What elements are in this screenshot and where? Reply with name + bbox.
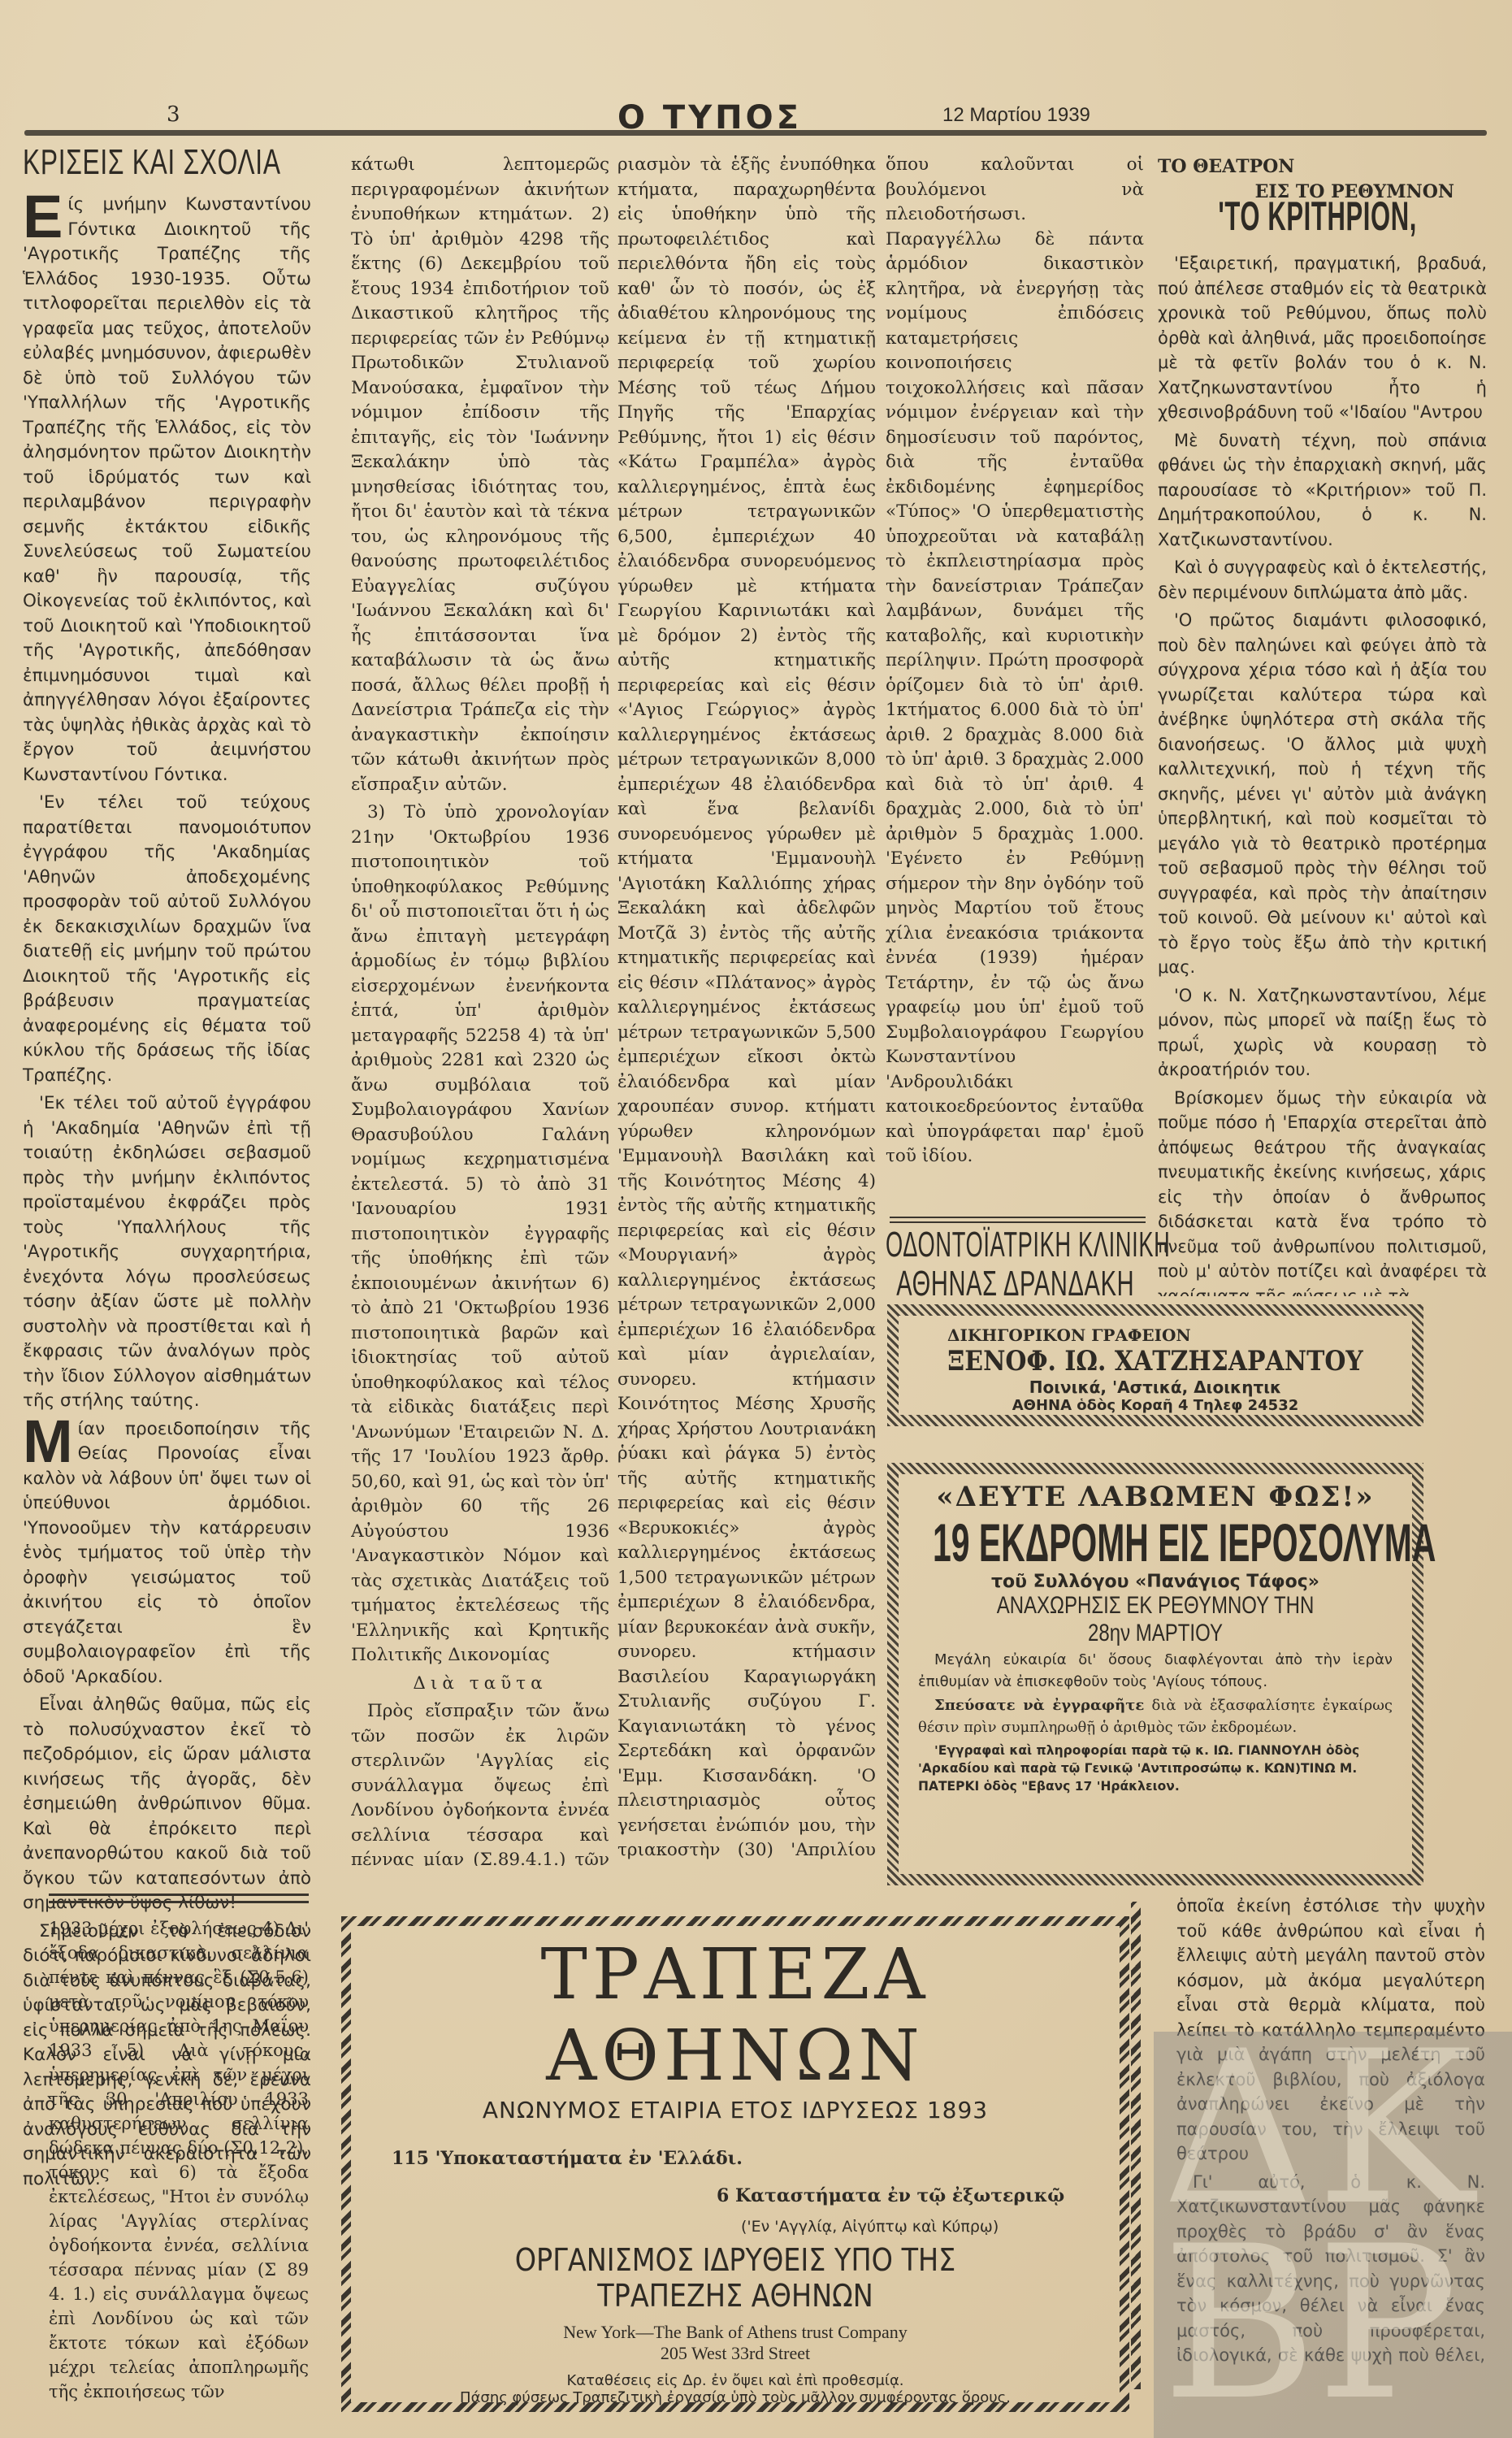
bank-services: Πάσης φύσεως Τραπεζιτικὴ ἐργασία ὑπὸ τοὺ…: [375, 2389, 1095, 2406]
bank-organization-line1: ΟΡΓΑΝΙΣΜΟΣ ΙΔΡΥΘΕΙΣ ΥΠΟ ΤΗΣ: [418, 2242, 1052, 2278]
excursion-date: 28ην ΜΑΡΤΙΟΥ: [965, 1620, 1345, 1647]
ad-bank-of-athens: ΤΡΑΠΕΖΑ ΑΘΗΝΩΝ ΑΝΩΝΥΜΟΣ ΕΤΑΙΡΙΑ ΕΤΟΣ ΙΔΡ…: [341, 1916, 1129, 2412]
dental-clinic-line2: ΑΘΗΝΑΣ ΔΡΑΝΔΑΚΗ: [886, 1265, 1060, 1304]
theatre-kicker-1: ΤΟ ΘΕΑΤΡΟΝ: [1158, 154, 1487, 180]
ad-law-office: ΔΙΚΗΓΟΡΙΚΟΝ ΓΡΑΦΕΙΟΝ ΞΕΝΟΦ. ΙΩ. ΧΑΤΖΗΣΑΡ…: [887, 1304, 1423, 1426]
column-auction-notice-part1: κάτωθι λεπτομερῶς περιγραφομένων ἀκινήτω…: [351, 153, 609, 1866]
issue-date: 12 Μαρτίου 1939: [942, 104, 1090, 127]
article-paragraph: 'Εκ τέλει τοῦ αὐτοῦ ἐγγράφου ἡ 'Ακαδημία…: [23, 1091, 311, 1414]
column-divider-rule: [49, 1894, 309, 1903]
dropcap-e: Ε: [23, 193, 63, 241]
archive-watermark: Δ Κ Β Ρ: [1154, 2032, 1512, 2438]
theatre-headline: 'ΤΟ ΚΡΙΤΗΡΙΟΝ,: [1158, 204, 1362, 251]
watermark-letter: Β: [1162, 2219, 1317, 2430]
article-paragraph: 'Ο κ. Ν. Χατζηκωνσταντίνου, λέμε μόνον, …: [1158, 983, 1487, 1082]
column-theatre-review: ΤΟ ΘΕΑΤΡΟΝ ΕΙΣ ΤΟ ΡΕΘΥΜΝΟΝ 'ΤΟ ΚΡΙΤΗΡΙΟΝ…: [1158, 154, 1487, 1296]
subheading-dia-tauta: Διὰ ταῦτα: [351, 1672, 609, 1697]
excursion-call-to-action: Σπεύσατε νὰ ἐγγραφῆτε: [934, 1697, 1144, 1714]
article-paragraph: ριασμὸν τὰ ἑξῆς ἐνυπόθηκα κτήματα, παραχ…: [617, 153, 876, 1866]
notary-signature: 'Ο Συμβολαιογράφος: [886, 1173, 1144, 1173]
section-heading-kriseis-kai-sxolia: ΚΡΙΣΕΙΣ ΚΑΙ ΣΧΟΛΙΑ: [23, 150, 231, 193]
dental-clinic-line1: ΟΔΟΝΤΟΪΑΤΡΙΚΗ ΚΛΙΝΙΚΗ: [886, 1226, 1050, 1265]
article-paragraph: Πρὸς εἴσπραξιν τῶν ἄνω τῶν ποσῶν ἐκ λιρῶ…: [351, 1699, 609, 1866]
excursion-contact: 'Εγγραφαὶ καὶ πληροφορίαι παρὰ τῷ κ. ΙΩ.…: [918, 1742, 1393, 1795]
law-office-label: ΔΙΚΗΓΟΡΙΚΟΝ ΓΡΑΦΕΙΟΝ: [899, 1325, 1412, 1345]
excursion-paragraph: Μεγάλη εὐκαιρία δι' ὅσους διαφλέγονται ἀ…: [918, 1649, 1393, 1693]
bank-subtitle: ΑΝΩΝΥΜΟΣ ΕΤΑΙΡΙΑ ΕΤΟΣ ΙΔΡΥΣΕΩΣ 1893: [375, 2097, 1095, 2123]
article-paragraph: ίς μνήμην Κωνσταντίνου Γόντικα Διοικητοῦ…: [23, 194, 311, 785]
article-paragraph: 'Εν τέλει τοῦ τεύχους παρατίθεται πανομο…: [23, 791, 311, 1088]
article-paragraph: Βρίσκομεν ὅμως τὴν εὐκαιρία νὰ ποῦμε πόσ…: [1158, 1086, 1487, 1297]
article-paragraph: Εἶναι ἀληθῶς θαῦμα, πῶς εἰς τὸ πολυσύχνα…: [23, 1693, 311, 1916]
page-number: 3: [167, 102, 180, 127]
watermark-letter: Ρ: [1316, 2219, 1458, 2430]
excursion-departure: ΑΝΑΧΩΡΗΣΙΣ ΕΚ ΡΕΘΥΜΝΟΥ ΤΗΝ: [939, 1592, 1371, 1620]
column-auction-notice-part2: ριασμὸν τὰ ἑξῆς ἐνυπόθηκα κτήματα, παραχ…: [617, 153, 876, 1866]
bank-ny-branch: New York—The Bank of Athens trust Compan…: [375, 2322, 1095, 2343]
lawyer-address: ΑΘΗΝΑ ὁδὸς Κοραῆ 4 Τηλεφ 24532: [899, 1397, 1412, 1414]
article-paragraph: 3) Τὸ ὑπὸ χρονολογίαν 21ην 'Οκτωβρίου 19…: [351, 800, 609, 1668]
lawyer-name: ΞΕΝΟΦ. ΙΩ. ΧΑΤΖΗΣΑΡΑΝΤΟΥ: [929, 1345, 1381, 1377]
article-paragraph: Μὲ δυνατὴ τέχνη, ποὺ σπάνια φθάνει ὡς τὴ…: [1158, 428, 1487, 553]
column-auction-continued: 1933 μέχρι ἐξοφλήσεως 4) Δι' ἔξοδα δικασ…: [49, 1916, 309, 2428]
article-paragraph: 'Ο πρῶτος διαμάντι φιλοσοφικό, ποὺ δὲν π…: [1158, 608, 1487, 980]
bank-organization-line2: ΤΡΑΠΕΖΗΣ ΑΘΗΝΩΝ: [418, 2278, 1052, 2314]
excursion-headline: 19 ΕΚΔΡΟΜΗ ΕΙΣ ΙΕΡΟΣΟΛΥΜΑ: [933, 1513, 1378, 1572]
article-paragraph: 'Εξαιρετική, πραγματική, βραδυά, πού ἀπέ…: [1158, 251, 1487, 425]
article-paragraph: ὅπου καλοῦνται οἱ βουλόμενοι νὰ πλειοδοτ…: [886, 153, 1144, 1169]
column-auction-notice-part3: ὅπου καλοῦνται οἱ βουλόμενοι νὰ πλειοδοτ…: [886, 153, 1144, 1173]
column-kriseis-sxolia: ΚΡΙΣΕΙΣ ΚΑΙ ΣΧΟΛΙΑ Είς μνήμην Κωνσταντίν…: [23, 150, 311, 2195]
excursion-quote: «ΔΕΥΤΕ ΛΑΒΩΜΕΝ ΦΩΣ!»: [918, 1481, 1393, 1513]
bank-branches-locations: ('Εν 'Αγγλίᾳ, Αἰγύπτῳ καὶ Κύπρῳ): [375, 2218, 1095, 2236]
bank-ny-address: 205 West 33rd Street: [375, 2343, 1095, 2364]
bank-deposits: Καταθέσεις εἰς Δρ. ἐν ὄψει καὶ ἐπὶ προθε…: [375, 2372, 1095, 2389]
masthead-rule: [24, 130, 1487, 136]
bank-branches-greece: 115 'Υποκαταστήματα ἐν 'Ελλάδι.: [375, 2148, 1095, 2169]
article-paragraph: Καὶ ὁ συγγραφεὺς καὶ ὁ ἐκτελεστής, δὲν π…: [1158, 555, 1487, 605]
excursion-society: τοῦ Συλλόγου «Πανάγιος Τάφος»: [918, 1572, 1393, 1592]
article-paragraph: 1933 μέχρι ἐξοφλήσεως 4) Δι' ἔξοδα δικασ…: [49, 1916, 309, 2404]
lawyer-services: Ποινικά, 'Αστικά, Διοικητικ: [899, 1377, 1412, 1397]
bank-title: ΤΡΑΠΕΖΑ ΑΘΗΝΩΝ: [375, 1934, 1095, 2097]
ad-dental-clinic: ΟΔΟΝΤΟΪΑΤΡΙΚΗ ΚΛΙΝΙΚΗ ΑΘΗΝΑΣ ΔΡΑΝΔΑΚΗ: [886, 1226, 1150, 1304]
ad-jerusalem-excursion: «ΔΕΥΤΕ ΛΑΒΩΜΕΝ ΦΩΣ!» 19 ΕΚΔΡΟΜΗ ΕΙΣ ΙΕΡΟ…: [887, 1463, 1423, 1885]
article-paragraph: κάτωθι λεπτομερῶς περιγραφομένων ἀκινήτω…: [351, 153, 609, 797]
bank-branches-abroad: 6 Καταστήματα ἐν τῷ ἐξωτερικῷ: [375, 2185, 1095, 2206]
dental-clinic-rule: [890, 1217, 1146, 1223]
dropcap-m: Μ: [23, 1417, 73, 1466]
